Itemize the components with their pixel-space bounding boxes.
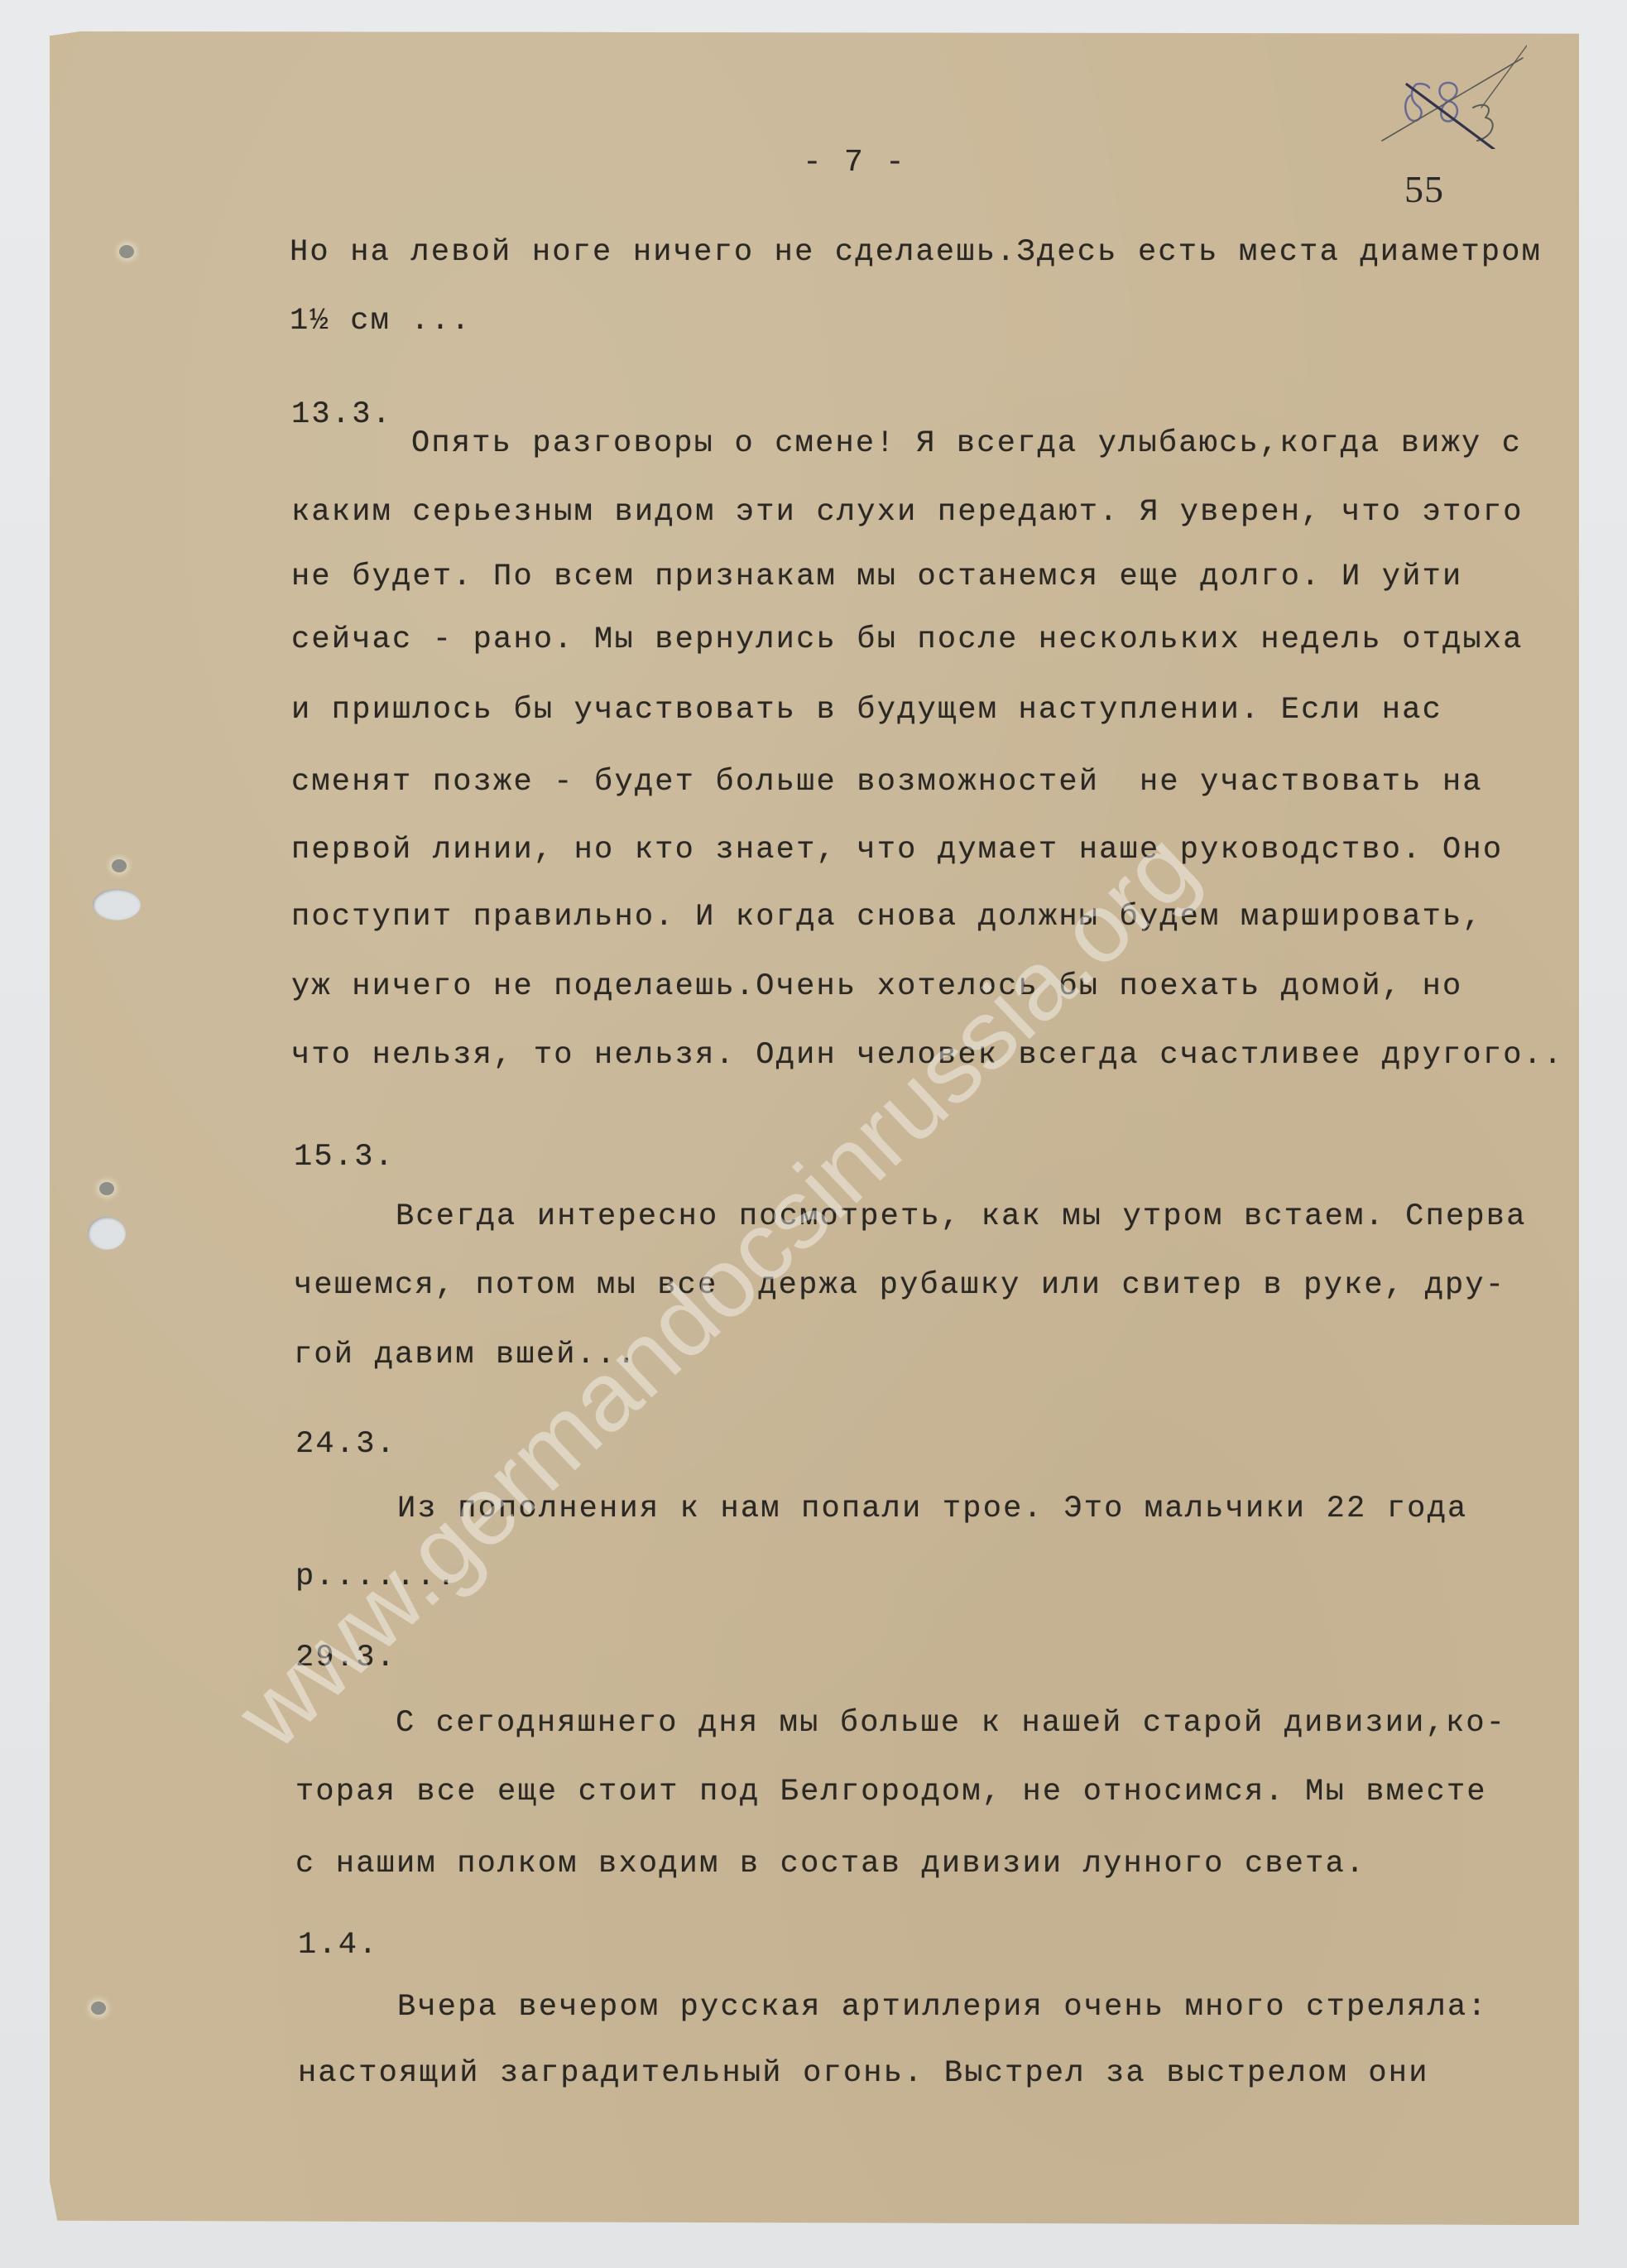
archival-page: [50, 31, 1579, 2225]
page-marker: - 7 -: [803, 147, 906, 179]
entry-line: чешемся, потом мы все держа рубашку или …: [294, 1271, 1505, 1301]
entry-date: 1.4.: [298, 1930, 379, 1961]
entry-line: не будет. По всем признакам мы останемся…: [291, 562, 1462, 593]
entry-line: первой линии, но кто знает, что думает н…: [291, 835, 1503, 866]
entry-date: 15.3.: [294, 1142, 395, 1173]
punch-hole: [112, 859, 127, 872]
entry-line: что нельзя, то нельзя. Один человек всег…: [291, 1040, 1563, 1071]
body-line: 1½ см ...: [290, 306, 472, 337]
entry-line: с нашим полком входим в состав дивизии л…: [295, 1849, 1365, 1880]
entry-line: сменят позже - будет больше возможностей…: [291, 767, 1483, 798]
entry-line: Опять разговоры о смене! Я всегда улыбаю…: [411, 429, 1522, 459]
punch-hole: [91, 2001, 106, 2015]
handwritten-folio-annotation: [1370, 25, 1527, 149]
body-line: Но на левой ноге ничего не сделаешь.Здес…: [290, 238, 1542, 268]
entry-line: и пришлось бы участвовать в будущем наст…: [291, 695, 1442, 726]
entry-line: торая все еще стоит под Белгородом, не о…: [295, 1777, 1487, 1808]
entry-line: уж ничего не поделаешь.Очень хотелось бы…: [291, 972, 1462, 1002]
entry-date: 29.3.: [295, 1643, 396, 1674]
entry-line: Вчера вечером русская артиллерия очень м…: [397, 1992, 1488, 2023]
entry-line: Из пополнения к нам попали трое. Это мал…: [397, 1494, 1467, 1525]
entry-line: каким серьезным видом эти слухи передают…: [291, 497, 1524, 528]
entry-line: сейчас - рано. Мы вернулись бы после нес…: [291, 625, 1524, 656]
punch-hole: [99, 1182, 114, 1195]
entry-line: р.......: [295, 1562, 457, 1593]
entry-date: 24.3.: [295, 1430, 396, 1460]
entry-line: гой давим вшей...: [294, 1340, 637, 1371]
punch-hole: [119, 245, 134, 258]
punch-hole: [93, 889, 141, 920]
entry-date: 13.3.: [291, 400, 392, 430]
entry-line: поступит правильно. И когда снова должны…: [291, 902, 1483, 933]
entry-line: С сегодняшнего дня мы больше к нашей ста…: [396, 1708, 1506, 1739]
folio-number: 55: [1404, 167, 1444, 211]
punch-hole: [88, 1217, 126, 1250]
entry-line: настоящий заградительный огонь. Выстрел …: [298, 2059, 1429, 2089]
entry-line: Всегда интересно посмотреть, как мы утро…: [396, 1202, 1527, 1233]
